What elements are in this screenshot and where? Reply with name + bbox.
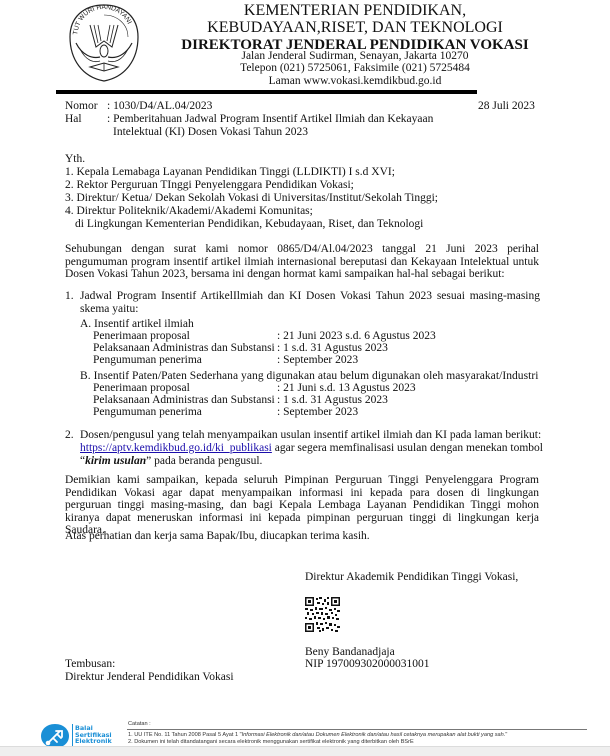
recipient-item: 4. Direktur Politeknik/Akademi/Akademi K… — [65, 205, 313, 218]
bsre-divider — [72, 724, 73, 746]
bsre-line-3: Elektronik — [75, 738, 112, 745]
kirim-usulan-term: kirim usulan — [85, 455, 146, 467]
svg-text:TUT WURI HANDAYANI: TUT WURI HANDAYANI — [72, 4, 133, 35]
scheme-a-title: A. Insentif artikel ilmiah — [80, 318, 194, 331]
signature-qr-code — [305, 597, 340, 632]
subject-line1: : Pemberitahuan Jadwal Program Insentif … — [107, 113, 433, 126]
schedule-value: : 21 Juni s.d. 13 Agustus 2023 — [277, 382, 416, 395]
hal-label: Hal — [65, 113, 82, 126]
nomor-value: : 1030/D4/AL.04/2023 — [107, 100, 212, 113]
note-1-prefix: 1. UU ITE No. 11 Tahun 2008 Pasal 5 Ayat… — [128, 732, 242, 738]
note-1-suffix: " — [505, 732, 507, 738]
ministry-name-line1: KEMENTERIAN PENDIDIKAN, — [150, 2, 560, 19]
letter-date: 28 Juli 2023 — [478, 100, 535, 113]
schedule-label: Pengumuman penerima — [93, 406, 202, 419]
schedule-label: Pelaksanaan Administras dan Substansi — [93, 342, 275, 355]
recipient-item: 2. Rektor Perguruan TInggi Penyelenggara… — [65, 179, 354, 192]
ministry-logo: TUT WURI HANDAYANI — [68, 3, 140, 83]
intro-paragraph: Sehubungan dengan surat kami nomor 0865/… — [65, 243, 539, 281]
page-bottom-bar — [0, 746, 610, 756]
subject-line2: Intelektual (KI) Dosen Vokasi Tahun 2023 — [113, 126, 308, 139]
schedule-label: Pelaksanaan Administras dan Substansi — [93, 394, 275, 407]
notes-rule — [127, 729, 587, 730]
signatory-position: Direktur Akademik Pendidikan Tinggi Voka… — [305, 571, 518, 584]
schedule-value: : September 2023 — [277, 406, 358, 419]
schedule-label: Penerimaan proposal — [93, 382, 190, 395]
ministry-name-line2: KEBUDAYAAN,RISET, DAN TEKNOLOGI — [150, 19, 560, 36]
schedule-value: : 21 Juni 2023 s.d. 6 Agustus 2023 — [277, 330, 436, 343]
note-2: 2. Dokumen ini telah ditandatangani seca… — [128, 739, 414, 745]
nomor-label: Nomor — [65, 100, 98, 113]
cc-label: Tembusan: — [65, 658, 115, 671]
schedule-value: : September 2023 — [277, 354, 358, 367]
closing-paragraph: Demikian kami sampaikan, kepada seluruh … — [65, 474, 539, 537]
schedule-value: : 1 s.d. 31 Agustus 2023 — [277, 342, 388, 355]
signatory-name: Beny Bandanadjaja — [305, 646, 395, 659]
website: Laman www.vokasi.kemdikbud.go.id — [150, 75, 560, 88]
scheme-b-title: B. Insentif Paten/Paten Sederhana yang d… — [80, 370, 539, 383]
ki-publikasi-link[interactable]: https://aptv.kemdikbud.go.id/ki_publikas… — [80, 442, 272, 454]
signatory-nip: NIP 197009302000031001 — [305, 658, 429, 671]
point-2-text: Dosen/pengusul yang telah menyampaikan u… — [80, 429, 541, 442]
address: Jalan Jenderal Sudirman, Senayan, Jakart… — [150, 50, 560, 63]
tut-wuri-handayani-emblem-icon: TUT WURI HANDAYANI — [68, 3, 140, 83]
point-1-number: 1. — [65, 290, 74, 303]
notes-label: Catatan : — [128, 721, 151, 727]
point-2-mid-text: agar segera memfinalisasi usulan dengan … — [272, 442, 543, 454]
recipient-scope: di Lingkungan Kementerian Pendidikan, Ke… — [75, 218, 423, 231]
phone-fax: Telepon (021) 5725061, Faksimile (021) 5… — [150, 62, 560, 75]
note-1-quote: Informasi Elektronik dan/atau Dokumen El… — [242, 732, 506, 738]
recipient-item: 1. Kepala Lemabaga Layanan Pendidikan Ti… — [65, 166, 395, 179]
schedule-label: Pengumuman penerima — [93, 354, 202, 367]
thanks-line: Atas perhatian dan kerja sama Bapak/Ibu,… — [65, 530, 370, 543]
point-2-number: 2. — [65, 429, 74, 442]
letterhead-rule — [56, 90, 477, 94]
point-2-line3: “kirim usulan” pada beranda pengusul. — [80, 455, 262, 468]
point-2-line2: https://aptv.kemdikbud.go.id/ki_publikas… — [80, 442, 543, 455]
schedule-label: Penerimaan proposal — [93, 330, 190, 343]
point-1-text: Jadwal Program Insentif ArtikelIlmiah da… — [80, 290, 540, 315]
recipient-item: 3. Direktur/ Ketua/ Dekan Sekolah Vokasi… — [65, 192, 438, 205]
bsre-wordmark: Balai Sertifikasi Elektronik — [75, 725, 112, 745]
qr-code-icon — [305, 597, 340, 632]
note-1: 1. UU ITE No. 11 Tahun 2008 Pasal 5 Ayat… — [128, 732, 507, 738]
schedule-value: : 1 s.d. 31 Agustus 2023 — [277, 394, 388, 407]
point-2-end-text: ” pada beranda pengusul. — [146, 455, 262, 467]
cc-recipient: Direktur Jenderal Pendidikan Vokasi — [65, 671, 234, 684]
salutation: Yth. — [65, 153, 85, 166]
